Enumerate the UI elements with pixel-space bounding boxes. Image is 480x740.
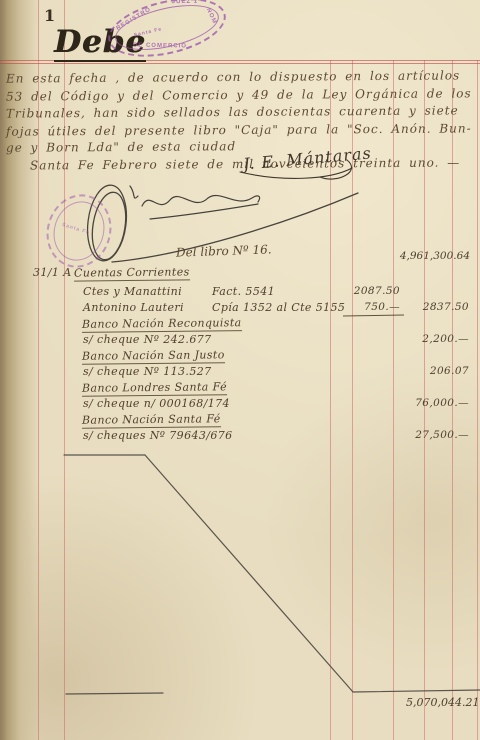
grand-total: 5,070,044.21 [406,696,470,709]
entry-detail: Fact. 5541 [212,285,275,298]
secondary-signature-scrawl [130,186,260,219]
page-number: 1 [44,6,55,25]
entry-amount-col2: 76,000.— [412,397,469,409]
carried-amount: 4,961,300.64 [396,250,470,262]
ledger-row-bank: Banco Londres Santa Fé [0,381,480,397]
from-book-note: Del libro Nº 16. [176,242,272,259]
total-rule-right [353,690,480,692]
closing-lines [64,455,480,694]
entry-name: s/ cheques Nº 79643/676 [83,429,233,442]
ledger-row-bank: Banco Nación Santa Fé [0,413,480,429]
opening-text-line-4: fojas útiles del presente libro "Caja" p… [6,121,472,138]
ledger-row: s/ cheque n/ 000168/174 76,000.— [0,397,480,413]
opening-text-line-2: 53 del Código y del Comercio y 49 de la … [6,86,472,103]
entry-amount-col2: 2837.50 [412,301,469,313]
entry-name: s/ cheque n/ 000168/174 [83,397,230,410]
entry-amount-col1: 2087.50 [345,285,400,297]
entry-detail: Cpía 1352 al Cte 5155 [212,301,345,314]
bank-account-title: Banco Londres Santa Fé [82,380,227,397]
entry-name: s/ cheque Nº 113.527 [83,365,212,378]
bank-account-title: Banco Nación San Justo [82,348,225,364]
closing-line-diagonal [145,455,353,692]
ledger-row-bank: Banco Nación San Justo [0,349,480,365]
ledger-row: Antonino Lauteri Cpía 1352 al Cte 5155 7… [0,301,480,317]
entry-name: s/ cheque Nº 242.677 [83,333,212,346]
stamp-arc-bottom: DE COMERCIO [133,43,187,50]
ledger-row-bank: Banco Nación Reconquista [0,317,480,333]
opening-text-line-5: ge y Born Lda" de esta ciudad [6,139,236,155]
entry-date-folio: 31/1 A [33,266,72,279]
entry-amount-col1: 750.— [345,301,400,313]
entry-amount-col2: 2,200.— [412,333,469,345]
ledger-page: 1 Debe REGISTRO JUEZ 1ª NOM. DE COMERCIO… [0,0,480,740]
entry-name: Antonino Lauteri [83,301,184,314]
notary-stamp-top: REGISTRO JUEZ 1ª NOM. DE COMERCIO Santa … [103,0,232,67]
ledger-row-header: 31/1 A Cuentas Corrientes [0,266,480,282]
ledger-row: Ctes y Manattini Fact. 5541 2087.50 [0,285,480,301]
entry-amount-col2: 206.07 [412,365,469,377]
header-rule-bottom [0,63,480,64]
notary-stamp-left: Santa Fe [38,186,121,275]
bank-account-title: Banco Nación Reconquista [82,316,242,333]
entry-name: Ctes y Manattini [83,285,182,298]
ledger-row: s/ cheque Nº 113.527 206.07 [0,365,480,381]
bank-account-title: Banco Nación Santa Fé [82,412,221,428]
opening-text-line-3: Tribunales, han sido sellados las doscie… [6,103,459,120]
ledger-row: s/ cheque Nº 242.677 2,200.— [0,333,480,349]
ledger-row: s/ cheques Nº 79643/676 27,500.— [0,429,480,445]
closing-line-horizontal-bottom-left [66,693,163,694]
stamp-arc-top: JUEZ 1ª [172,0,202,5]
entry-amount-col2: 27,500.— [412,429,469,441]
